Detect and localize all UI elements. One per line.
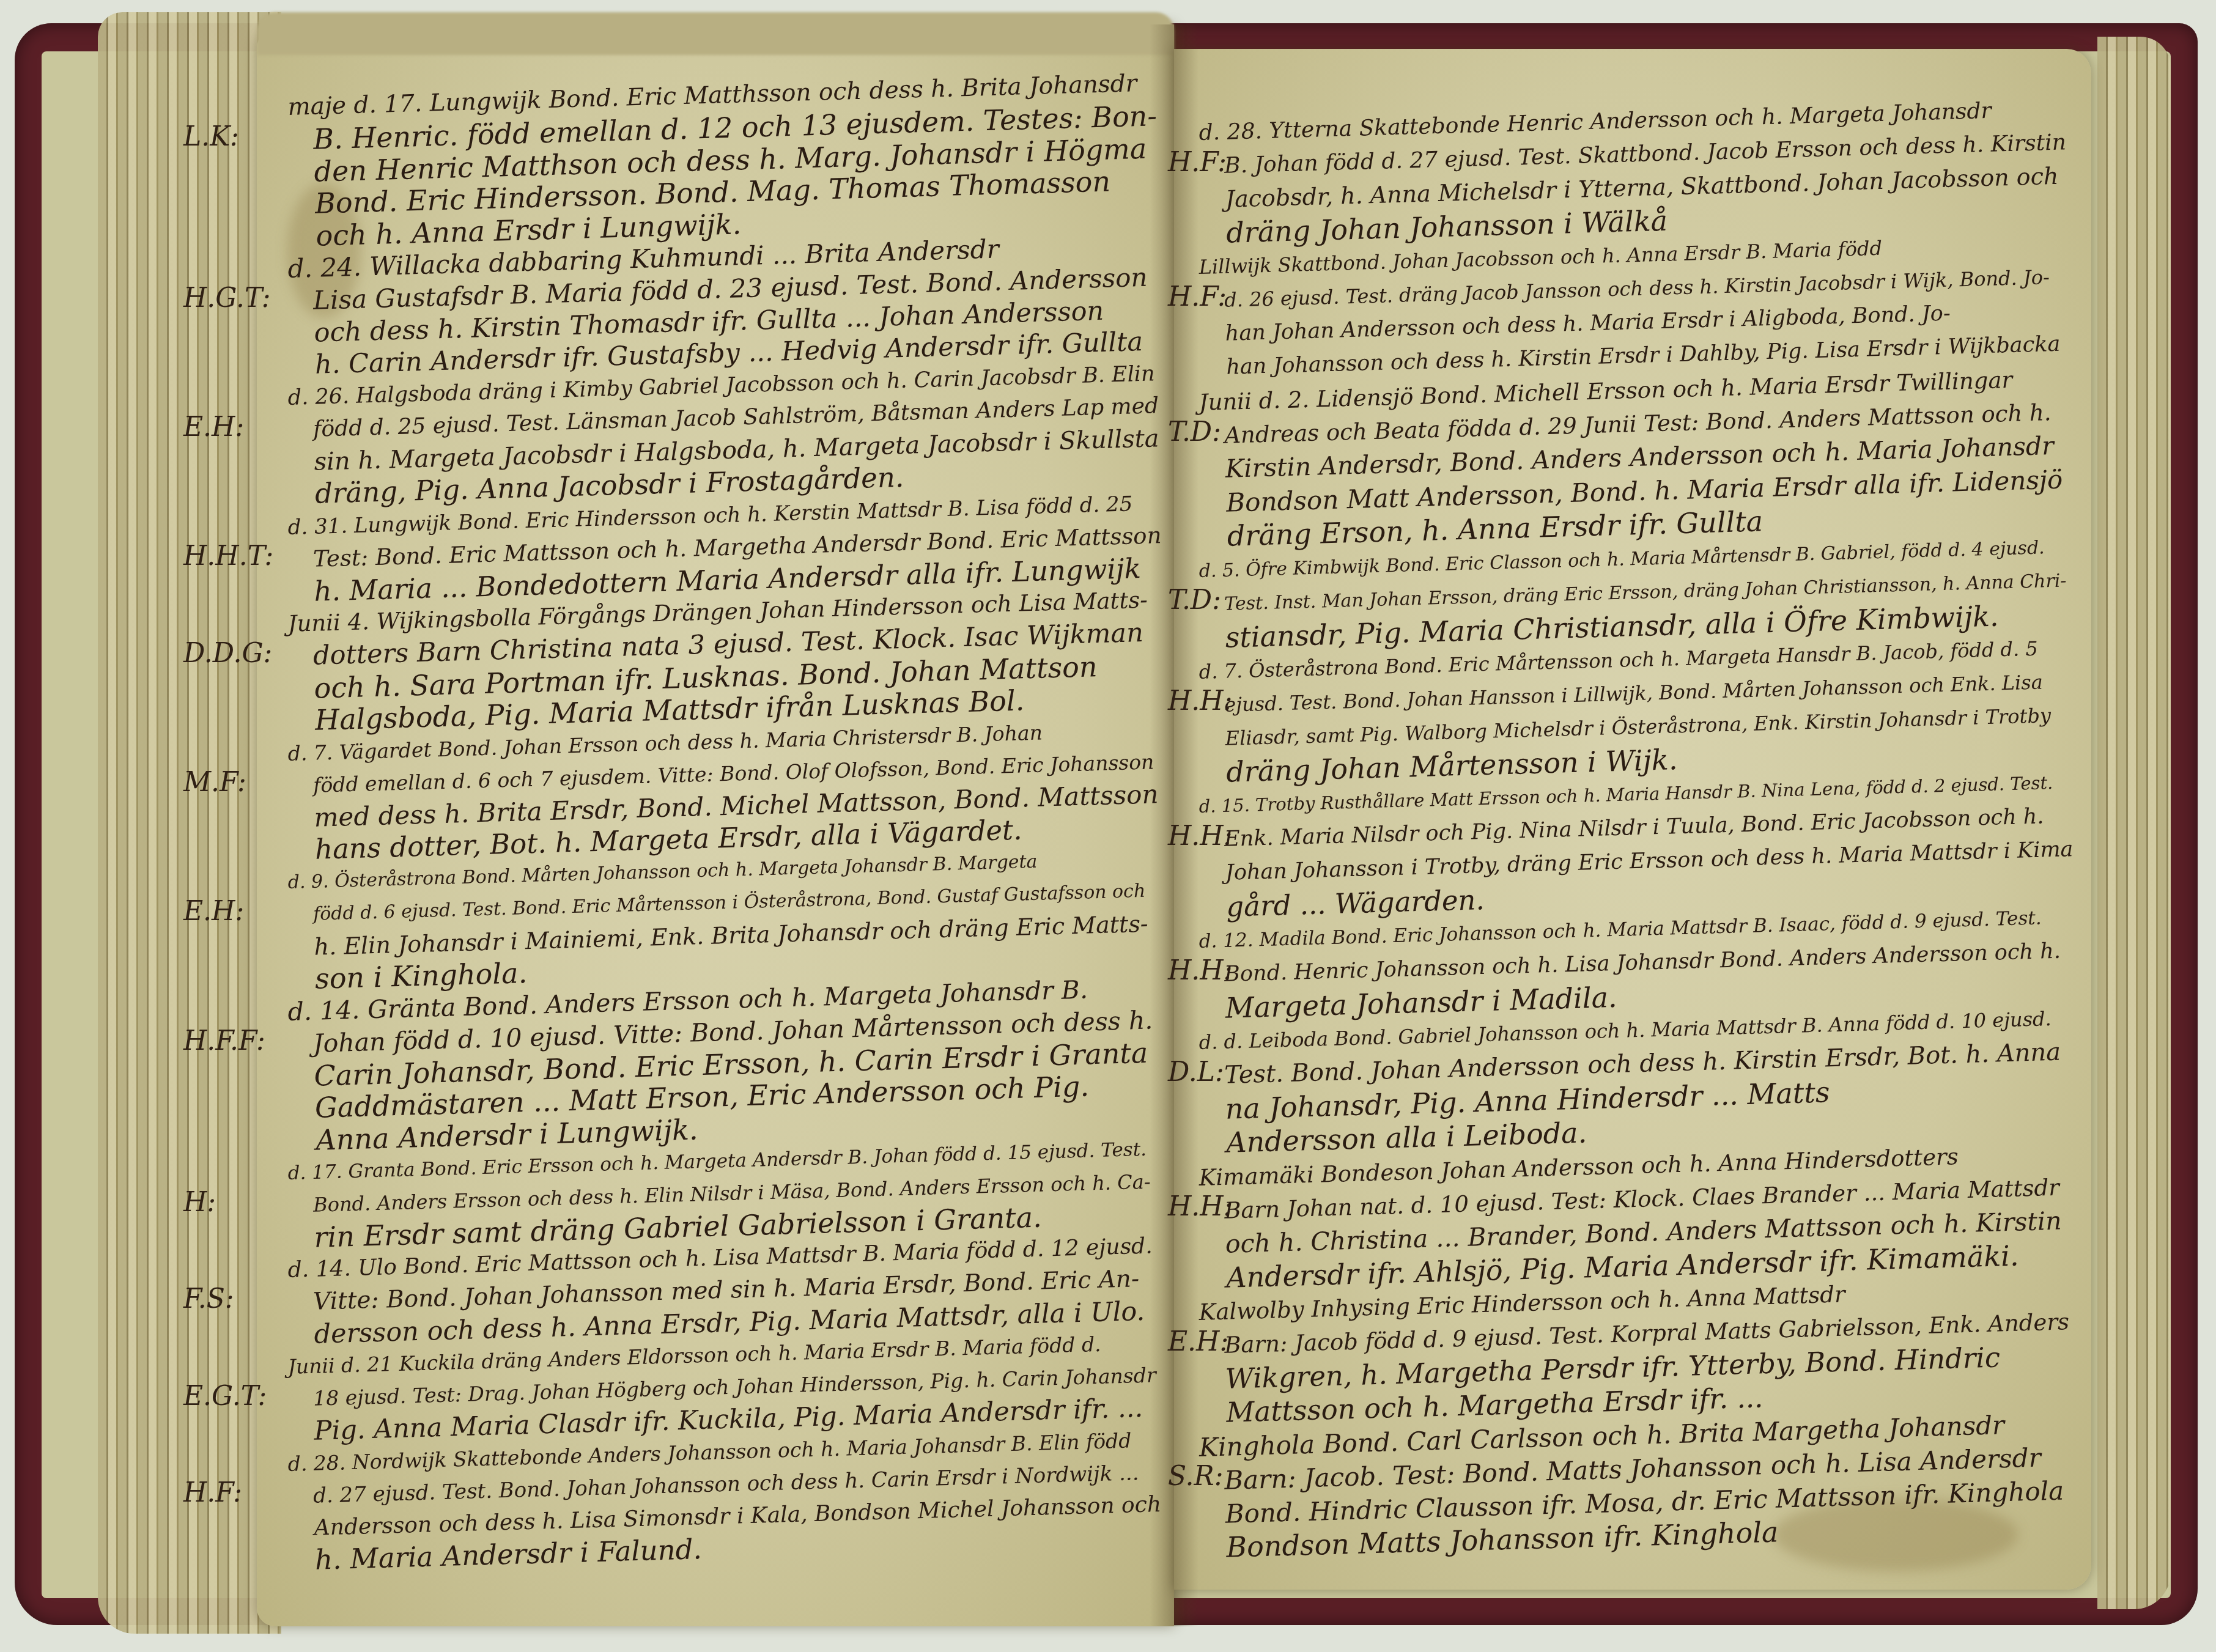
baptism-entry: d. 14. Gränta Bond. Anders Ersson och h.… xyxy=(287,972,1156,1158)
margin-initials: E.G.T: xyxy=(183,1381,267,1412)
margin-initials: H.G.T: xyxy=(183,282,271,314)
baptism-entry: d. 28. Ytterna Skattebonde Henric Anders… xyxy=(1198,92,2069,251)
margin-initials: M.F: xyxy=(183,767,246,798)
page-edges-right xyxy=(2097,37,2171,1609)
baptism-entry: d. d. Leiboda Bond. Gabriel Johansson oc… xyxy=(1198,1002,2063,1161)
margin-initials: F.S: xyxy=(183,1283,234,1315)
margin-initials: E.H: xyxy=(183,896,244,927)
baptism-entry: d. 7. Vägardet Bond. Johan Ersson och de… xyxy=(287,714,1160,867)
baptism-entry: d. 26. Halgsboda dräng i Kimby Gabriel J… xyxy=(287,358,1161,512)
baptism-entry: Kinghola Bond. Carl Carlsson och h. Brit… xyxy=(1198,1406,2065,1565)
baptism-entry: d. 7. Österåstrona Bond. Eric Mårtensson… xyxy=(1198,632,2052,790)
baptism-entry: d. 15. Trotby Rusthållare Matt Ersson oc… xyxy=(1198,765,2075,924)
baptism-entry: Kimamäki Bondeson Johan Andersson och h.… xyxy=(1198,1137,2063,1296)
baptism-entry: maje d. 17. Lungwijk Bond. Eric Matthsso… xyxy=(287,67,1160,253)
margin-initials: D.D.G: xyxy=(183,638,272,669)
torn-page-top xyxy=(257,12,1174,55)
margin-initials: H.F: xyxy=(183,1477,242,1508)
baptism-entry: Junii 4. Wijkingsbolla Förgångs Drängen … xyxy=(287,584,1151,738)
baptism-entry: d. 9. Österåstrona Bond. Mårten Johansso… xyxy=(287,843,1150,996)
margin-initials: L.K: xyxy=(183,121,239,152)
baptism-entry: d. 24. Willacka dabbaring Kuhmundi ... B… xyxy=(287,229,1150,382)
margin-initials: H.H.T: xyxy=(183,540,273,572)
baptism-entry: d. 28. Nordwijk Skattebonde Anders Johan… xyxy=(287,1424,1162,1577)
margin-initials: H: xyxy=(183,1187,216,1218)
baptism-entry: Lillwijk Skattbond. Johan Jacobsson och … xyxy=(1198,227,2061,386)
margin-initials: E.H: xyxy=(183,411,244,443)
margin-initials: H.F.F: xyxy=(183,1025,265,1056)
baptism-entry: Kalwolby Inhysing Eric Hindersson och h.… xyxy=(1198,1271,2072,1430)
baptism-entry: Junii d. 2. Lidensjö Bond. Michell Ersso… xyxy=(1198,362,2064,555)
